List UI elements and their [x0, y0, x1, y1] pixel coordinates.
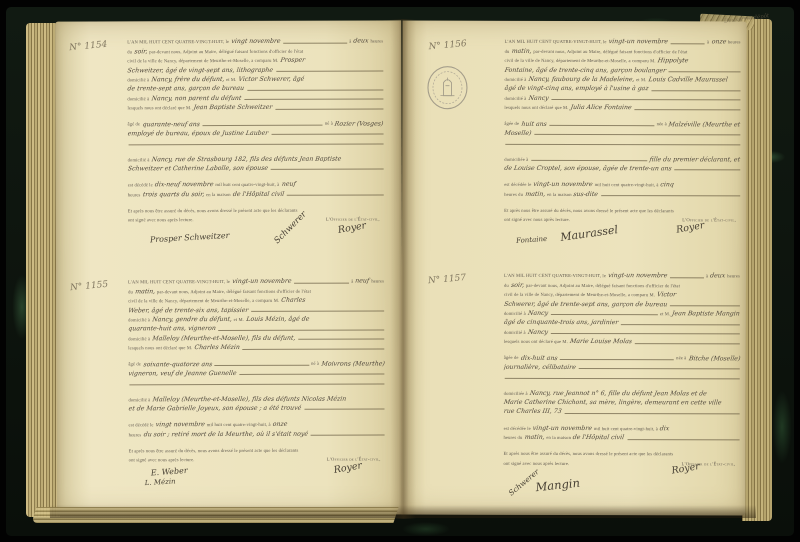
record-line: lesquels nous ont déclaré que M.Jean Bap… [127, 102, 385, 112]
signature: Maurassel [559, 223, 618, 244]
handwritten-text: Moivrons (Meurthe) [321, 361, 385, 368]
record-line: Schweitzer et Catherine Labolle, son épo… [128, 163, 386, 173]
signature: E. Weber [150, 466, 187, 478]
record-line: est décédée levingt-un novembremil huit … [504, 180, 742, 190]
printed-form-text: et M. [226, 78, 236, 84]
handwritten-text: fille du premier déclarant, et [649, 157, 741, 164]
printed-form-text: heures du [504, 192, 523, 198]
printed-form-text: à [707, 41, 709, 47]
signature: L. Mézin [145, 477, 176, 487]
handwritten-text: Schweitzer, âgé de vingt-sept ans, litho… [127, 67, 273, 75]
record-line: âgée dedix-huit ansnée àBitche (Moselle) [504, 353, 742, 363]
rule-fill [531, 160, 647, 161]
handwritten-text: Louis Mézin, âgé de [245, 317, 309, 324]
rule-fill [534, 134, 740, 136]
printed-form-text: heures [371, 280, 384, 286]
handwritten-text: de trente-sept ans, garçon de bureau [127, 86, 244, 93]
printed-form-text: du [504, 283, 509, 289]
printed-form-text: domiciliée à [504, 157, 528, 163]
printed-form-text: est décédée le [504, 426, 531, 432]
record-line: L'AN MIL HUIT CENT QUATRE-VINGT-HUIT, le… [505, 37, 743, 47]
death-record-entry: N° 1157L'AN MIL HUIT CENT QUATRE-VINGT-H… [401, 271, 746, 503]
handwritten-text: deux [353, 39, 369, 46]
handwritten-text: quarante-neuf ans [142, 122, 200, 129]
rule-fill [275, 108, 383, 109]
printed-form-text: mil huit cent quatre-vingt-huit, à [207, 423, 271, 429]
handwritten-text: soixante-quatorze ans [142, 362, 212, 369]
printed-form-text: est décédée le [504, 183, 531, 189]
photo-background: N° 1154L'AN MIL HUIT CENT QUATRE-VINGT-H… [0, 0, 800, 542]
pencil-annotation: Deuxième dépôt [724, 13, 770, 24]
rule-fill [304, 409, 384, 410]
rule-fill [283, 42, 347, 43]
printed-form-text: né à [311, 362, 319, 368]
record-line: âgé dequarante-neuf ansné àRozier (Vosge… [127, 119, 385, 129]
printed-form-text: domicilié à [127, 97, 149, 103]
printed-form-text: domicilié à [504, 78, 526, 84]
handwritten-text: vingt-un novembre [608, 39, 668, 46]
handwritten-text: Fontaine, âgé de trente-cinq ans, garçon… [505, 67, 667, 74]
record-line: est décédée levingt-un novembremil huit … [504, 423, 742, 433]
handwritten-text: Moselle) [504, 131, 531, 138]
record-line: Et après nous être assuré du décès, nous… [504, 449, 742, 459]
rule-fill [287, 195, 384, 196]
printed-form-text: lesquels nous ont déclaré que M. [128, 346, 192, 352]
printed-form-text: Et après nous être assuré du décès, nous… [504, 452, 674, 459]
printed-form-text: heures [128, 193, 141, 199]
handwritten-text: Marie Catherine Chichont, sa mère, lingè… [504, 400, 722, 408]
handwritten-text: journalière, célibataire [504, 365, 576, 372]
handwritten-text: et de Marie Gabrielle Joyeux, son épouse… [128, 406, 301, 414]
printed-form-text: domicilié à [128, 158, 150, 164]
handwritten-text: Nancy, non parent du défunt [151, 96, 242, 103]
printed-form-text: Et après nous être assuré du décès, nous… [504, 209, 674, 216]
entries-left: N° 1154L'AN MIL HUIT CENT QUATRE-VINGT-H… [55, 20, 401, 21]
printed-form-text: âgée de [504, 122, 519, 128]
record-line: lesquels nous ont déclaré que M.Charles … [128, 342, 386, 352]
printed-form-text: née à [676, 357, 686, 363]
handwritten-text: Nancy, rue de Strasbourg 182, fils des d… [151, 156, 341, 164]
printed-form-text: heures [727, 275, 740, 281]
handwritten-text: Hippolyte [657, 58, 689, 65]
rule-fill [635, 109, 741, 110]
record-line: domicilié àNancy [504, 93, 742, 103]
handwritten-text: employé de bureau, époux de Justine Laub… [128, 131, 269, 138]
signature: Mangin [535, 476, 581, 494]
handwritten-text: de l'Hôpital civil [232, 192, 284, 199]
handwritten-text: matin, [525, 192, 546, 199]
handwritten-text: Malleloy (Meurthe-et-Moselle), fils des … [152, 396, 347, 404]
printed-form-text: à [706, 275, 708, 281]
handwritten-text: Jean Baptiste Mangin [672, 311, 741, 318]
signature-block: E. WeberL. MézinRoyer [129, 464, 387, 499]
record-line: rue Charles III, 73 [504, 407, 742, 417]
printed-form-text: domicilié à [128, 318, 150, 324]
rule-fill [505, 144, 740, 146]
record-line [504, 372, 742, 382]
signature: Fontaine [516, 234, 548, 244]
record-line: Marie Catherine Chichont, sa mère, lingè… [504, 398, 742, 408]
handwritten-text: Malleloy (Meurthe-et-Moselle), fils du d… [152, 336, 296, 344]
printed-form-text: et M. [636, 78, 646, 84]
printed-form-text: heures [129, 433, 142, 439]
printed-form-text: à [349, 40, 351, 46]
rule-fill [551, 314, 658, 315]
register-book-cover: N° 1154L'AN MIL HUIT CENT QUATRE-VINGT-H… [6, 7, 794, 536]
rule-fill [669, 71, 741, 72]
entry-number: N° 1155 [70, 280, 109, 293]
printed-form-text: lesquels nous ont déclaré que M. [504, 106, 568, 112]
record-line [128, 137, 386, 147]
handwritten-text: Julia Alice Fontaine [570, 105, 632, 112]
rule-fill [247, 89, 383, 90]
handwritten-text: rue Charles III, 73 [504, 409, 562, 416]
handwritten-text: âgé de cinquante-trois ans, jardinier [504, 320, 619, 327]
rule-fill [549, 125, 654, 126]
printed-form-text: civil de la ville de Nancy, département … [504, 293, 655, 300]
record-line: heuresdu soir ; retiré mort de la Meurth… [129, 429, 387, 439]
handwritten-text: matin, [134, 289, 155, 296]
printed-form-text: et M. [234, 318, 244, 324]
rule-fill [129, 143, 384, 145]
handwritten-text: Charles [281, 298, 306, 305]
record-line: lesquels nous ont déclaré que M.Marie Lo… [504, 337, 742, 347]
printed-form-text: du [127, 50, 132, 56]
printed-form-text: est décédé le [128, 184, 153, 190]
handwritten-text: Charles Mézin [194, 345, 240, 352]
death-record-entry: N° 1154L'AN MIL HUIT CENT QUATRE-VINGT-H… [55, 36, 402, 259]
record-line: de Louise Croptel, son épouse, âgée de t… [504, 164, 742, 174]
handwritten-text: âgé de vingt-cinq ans, employé à l'usine… [504, 86, 648, 93]
record-line: lesquels nous ont déclaré que M.Julia Al… [504, 103, 742, 113]
record-line: Fontaine, âgé de trente-cinq ans, garçon… [505, 65, 743, 75]
handwritten-text: vingt-un novembre [533, 182, 593, 189]
handwritten-text: Nancy, rue Jeannot n° 6, fille du défunt… [529, 391, 707, 398]
handwritten-text: huit ans [521, 121, 547, 128]
rule-fill [239, 374, 384, 376]
signature-block: Prosper SchweitzerSchwererRoyer [128, 224, 386, 259]
signature-block: SchwererManginRoyer [503, 468, 741, 503]
handwritten-text: Nancy [528, 96, 549, 103]
printed-form-text: heures [728, 41, 741, 47]
rule-fill [670, 305, 740, 306]
record-line: civil de la ville de Nancy, département … [504, 290, 742, 300]
rule-fill [294, 282, 349, 283]
handwritten-text: Victor [656, 292, 676, 299]
record-line [504, 138, 742, 148]
handwritten-text: soir, [134, 49, 148, 56]
handwritten-text: vigneron, veuf de Jeanne Guenelle [128, 371, 236, 378]
printed-form-text: Et après nous être assuré du décès, nous… [128, 209, 298, 216]
handwritten-text: sus-dite [573, 192, 599, 199]
record-line: âgé desoixante-quatorze ansné àMoivrons … [128, 359, 386, 369]
record-line: heurestrois quarts du soir,en la maisond… [128, 189, 386, 199]
record-line: domicilié àNancyet M.Jean Baptiste Mangi… [504, 308, 742, 318]
handwritten-text: Weber, âgé de trente-six ans, tapissier [128, 307, 249, 314]
rule-fill [129, 383, 384, 385]
printed-form-text: civil de la ville de Nancy, département … [127, 59, 278, 66]
handwritten-text: vingt novembre [155, 423, 205, 430]
record-line: heures dumatin,en la maisonde l'Hôpital … [504, 433, 742, 443]
entries-right: N° 1156L'AN MIL HUIT CENT QUATRE-VINGT-H… [403, 21, 747, 22]
printed-form-text: est décédé le [129, 424, 154, 430]
rule-fill [674, 170, 740, 171]
handwritten-text: neuf [281, 182, 296, 189]
printed-form-text: mil huit cent quatre-vingt-huit, à [594, 427, 658, 433]
printed-form-text: L'AN MIL HUIT CENT QUATRE-VINGT-HUIT, le [505, 40, 607, 46]
handwritten-text: dix-huit ans [520, 355, 558, 362]
record-line: Schwerer, âgé de trente-sept ans, garçon… [504, 299, 742, 309]
printed-form-text: par-devant nous, Adjoint au Maire, délég… [157, 289, 311, 296]
record-line: domicilié àNancy, faubourg de la Madelei… [504, 74, 742, 84]
handwritten-text: cinq [660, 183, 674, 190]
handwritten-text: Nancy [527, 311, 548, 318]
rule-fill [243, 348, 385, 349]
printed-form-text: en la maison [546, 436, 571, 442]
handwritten-text: deux [710, 274, 726, 281]
printed-form-text: domicilié à [128, 337, 150, 343]
entry-number: N° 1157 [428, 273, 467, 286]
record-line: domicilié àNancy [504, 327, 742, 337]
rule-fill [627, 439, 739, 440]
rule-fill [621, 324, 740, 325]
printed-form-text: mil huit cent quatre-vingt-huit, à [215, 183, 279, 189]
printed-form-text: L'AN MIL HUIT CENT QUATRE-VINGT-HUIT, le [504, 274, 606, 280]
handwritten-text: du soir ; retiré mort de la Meurthe, où … [143, 432, 308, 440]
rule-fill [635, 343, 740, 344]
handwritten-text: Nancy, gendre du défunt, [152, 317, 233, 324]
rule-fill [298, 339, 384, 340]
handwritten-text: Nancy [527, 330, 548, 337]
printed-form-text: civil de la ville de Nancy, département … [128, 299, 279, 306]
printed-form-text: mil huit cent quatre-vingt-huit, à [595, 183, 659, 189]
handwritten-text: vingt-un novembre [232, 279, 292, 286]
handwritten-text: Rozier (Vosges) [334, 121, 384, 128]
handwritten-text: vingt-un novembre [532, 426, 592, 433]
printed-form-text: née à [657, 123, 667, 129]
page-left: N° 1154L'AN MIL HUIT CENT QUATRE-VINGT-H… [55, 20, 403, 515]
printed-form-text: par-devant nous, Adjoint au Maire, délég… [149, 49, 303, 56]
death-record-entry: N° 1156L'AN MIL HUIT CENT QUATRE-VINGT-H… [402, 37, 747, 260]
record-line: civil de la ville de Nancy, département … [505, 56, 743, 66]
handwritten-text: Louis Cadville Maurassel [648, 77, 728, 84]
rule-fill [276, 70, 383, 71]
printed-form-text: né à [325, 122, 333, 128]
rule-fill [271, 169, 384, 170]
printed-form-text: et M. [660, 312, 670, 318]
death-record-entry: N° 1155L'AN MIL HUIT CENT QUATRE-VINGT-H… [56, 276, 403, 499]
record-line: Et après nous être assuré du décès, nous… [504, 206, 742, 216]
record-line: âgé de cinquante-trois ans, jardinier [504, 318, 742, 328]
handwritten-text: vingt-un novembre [607, 273, 667, 280]
handwritten-text: Schweitzer et Catherine Labolle, son épo… [128, 166, 269, 173]
printed-form-text: heures [370, 40, 383, 46]
handwritten-text: matin, [524, 435, 545, 442]
record-line: domiciliée àNancy, rue Jeannot n° 6, fil… [504, 388, 742, 398]
handwritten-text: trois quarts du soir, [142, 192, 205, 199]
printed-form-text: par-devant nous, Adjoint au Maire, délég… [533, 49, 687, 56]
handwritten-text: Marie Louise Molas [569, 339, 632, 346]
rule-fill [671, 43, 705, 44]
record-line: L'AN MIL HUIT CENT QUATRE-VINGT-HUIT, le… [504, 271, 742, 281]
printed-form-text: lesquels nous ont déclaré que M. [127, 106, 191, 112]
handwritten-text: Malzéville (Meurthe et [668, 122, 741, 129]
rule-fill [551, 99, 740, 100]
printed-form-text: domicilié à [127, 78, 149, 84]
record-line: heures dumatin,en la maisonsus-dite [504, 189, 742, 199]
handwritten-text: dix-neuf novembre [154, 183, 214, 190]
printed-form-text: Et après nous être assuré du décès, nous… [129, 449, 299, 456]
printed-form-text: L'AN MIL HUIT CENT QUATRE-VINGT-HUIT, le [128, 280, 230, 287]
rule-fill [551, 333, 740, 334]
printed-form-text: du [128, 290, 133, 296]
rule-fill [271, 134, 383, 135]
printed-form-text: en la maison [206, 193, 231, 199]
signature-block: FontaineMaurasselRoyer [504, 224, 742, 259]
printed-form-text: L'AN MIL HUIT CENT QUATRE-VINGT-HUIT, le [127, 40, 229, 47]
printed-form-text: du [505, 49, 510, 55]
handwritten-text: soir, [510, 283, 524, 290]
printed-form-text: heures du [504, 436, 523, 442]
handwritten-text: Bitche (Moselle) [688, 356, 740, 363]
printed-form-text: domicilié à [504, 96, 526, 102]
printed-form-text: domiciliée à [504, 391, 528, 397]
printed-form-text: lesquels nous ont déclaré que M. [504, 340, 568, 346]
printed-form-text: âgée de [504, 356, 519, 362]
printed-form-text: âgé de [127, 123, 140, 129]
printed-form-text: civil de la ville de Nancy, département … [505, 59, 656, 66]
handwritten-text: Prosper [280, 58, 306, 65]
handwritten-text: Nancy, frère du défunt, [151, 77, 225, 84]
handwritten-text: Nancy, faubourg de la Madeleine, [528, 77, 635, 84]
printed-form-text: âgé de [128, 363, 141, 369]
signature: Prosper Schweitzer [150, 231, 230, 244]
entry-number: N° 1154 [69, 40, 108, 53]
handwritten-text: de Louise Croptel, son épouse, âgée de t… [504, 166, 672, 173]
handwritten-text: matin, [511, 49, 532, 56]
rule-fill [560, 359, 674, 360]
page-right: N° 1156L'AN MIL HUIT CENT QUATRE-VINGT-H… [401, 21, 746, 516]
handwritten-text: onze [272, 422, 288, 429]
handwritten-text: neuf [355, 279, 370, 286]
record-line: journalière, célibataire [504, 362, 742, 372]
printed-form-text: en la maison [547, 193, 572, 199]
handwritten-text: Victor Schwerer, âgé [238, 77, 305, 84]
handwritten-text: de l'Hôpital civil [573, 435, 625, 442]
page-edges-right [742, 19, 772, 521]
rule-fill [251, 310, 384, 311]
rule-fill [601, 195, 740, 196]
record-line: dumatin,par-devant nous, Adjoint au Mair… [505, 46, 743, 56]
rule-fill [670, 277, 704, 278]
rule-fill [244, 99, 383, 100]
handwritten-text: quarante-huit ans, vigneron [128, 326, 216, 333]
record-line: âgé de vingt-cinq ans, employé à l'usine… [504, 84, 742, 94]
rule-fill [651, 90, 740, 91]
printed-form-text: à [351, 280, 353, 286]
record-line: et de Marie Gabrielle Joyeux, son épouse… [128, 403, 386, 413]
printed-form-text: par-devant nous, Adjoint au Maire, délég… [526, 283, 680, 290]
rule-fill [202, 125, 323, 126]
rule-fill [215, 365, 309, 366]
handwritten-text: Jean Baptiste Schweitzer [193, 105, 273, 112]
handwritten-text: Schwerer, âgé de trente-sept ans, garçon… [504, 301, 668, 308]
record-line: âgée dehuit ansnée àMalzéville (Meurthe … [504, 119, 742, 129]
record-line: dusoir,par-devant nous, Adjoint au Maire… [504, 280, 742, 290]
handwritten-text: dix [659, 426, 669, 433]
rule-fill [505, 378, 740, 380]
printed-form-text: domicilié à [504, 330, 526, 336]
rule-fill [219, 329, 385, 331]
rule-fill [311, 435, 385, 436]
rule-fill [564, 413, 739, 414]
handwritten-text: vingt novembre [231, 39, 281, 46]
handwritten-text: onze [711, 40, 727, 47]
printed-form-text: domicilié à [504, 312, 526, 318]
entry-number: N° 1156 [428, 39, 467, 52]
printed-form-text: domicilié à [128, 398, 150, 404]
rule-fill [579, 368, 740, 369]
record-line [128, 377, 386, 387]
